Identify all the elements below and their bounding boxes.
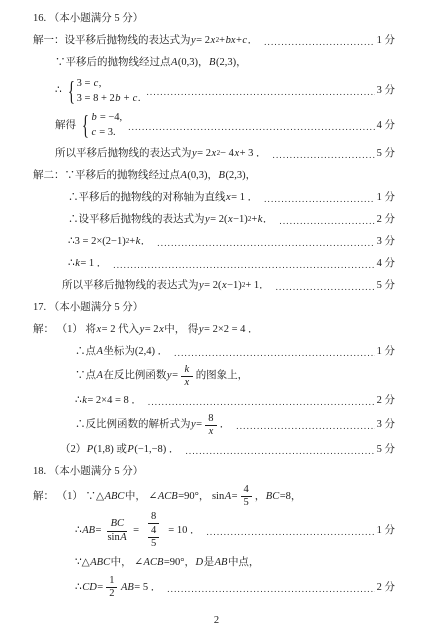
line-content: 18. （本小题满分 5 分） [33,465,143,479]
line-content: 解一：设平移后抛物线的表达式为 y = 2x2 + bx + c ． [33,34,258,48]
line-content: ∴AB = BCsin A = 845 = 10 ． [75,510,200,552]
math-variable: k [82,394,88,408]
math-variable: A [96,345,103,359]
superscript: 2 [216,37,220,44]
dotted-leader: ........................................… [167,584,374,596]
fraction-numerator: 8 [205,413,216,426]
line-content: ∴点 A 坐标为(2,4) ． [75,345,168,359]
superscript: 2 [248,216,252,223]
document-line: ∵△ABC 中， ∠ACB=90°， D 是 AB 中点， [0,552,395,574]
document-line: 解： （1） ∵△ABC 中， ∠ACB=90°， sin A = 45， BC… [0,483,395,510]
fraction-numerator: BC [107,518,127,531]
math-variable: x [159,323,165,337]
line-content: （2） P(1,8) 或 P(−1,−8) ． [60,443,179,457]
math-variable: k [75,257,81,271]
line-content: 16. （本小题满分 5 分） [33,12,143,26]
fraction-denominator: 2 [106,588,117,600]
fraction: 45 [148,525,159,550]
document-line: 解： （1） 将 x = 2 代入 y = 2x 中， 得 y = 2×2 = … [0,319,395,341]
math-variable: A [180,169,187,183]
line-content: ∵平移后的抛物线经过点 A(0,3)， B(2,3)， [55,56,247,70]
fraction: kx [181,364,193,389]
score-label: 4 分 [377,257,395,271]
line-content: ∴反比例函数的解析式为 y = 8x ． [75,412,230,439]
document-line: ∴点 A 坐标为(2,4) ．.........................… [0,341,395,363]
math-variable: c [93,78,99,89]
score-label: 2 分 [377,394,395,408]
line-content: ∴设平移后抛物线的表达式为 y = 2(x−1)2 + k ． [68,213,273,227]
math-variable: y [191,418,197,432]
document-line: ∴AB = BCsin A = 845 = 10 ．..............… [0,510,395,552]
dotted-leader: ........................................… [264,37,375,49]
score-label: 5 分 [377,147,395,161]
document-line: 所以平移后抛物线的表达式为 y = 2(x−1)2 + 1．..........… [0,275,395,297]
dotted-leader: ........................................… [279,216,374,228]
line-content: 解二：∵平移后的抛物线经过点 A(0,3)， B(2,3)， [33,169,256,183]
line-content: 所以平移后抛物线的表达式为 y = 2(x−1)2 + 1． [62,279,270,293]
page-number: 2 [0,615,433,626]
score-label: 3 分 [377,84,395,98]
dotted-leader: ........................................… [113,260,374,272]
dotted-leader: ........................................… [174,348,374,360]
score-label: 3 分 [377,418,395,432]
math-variable: x [184,377,190,389]
math-variable: A [120,532,127,544]
document-line: 解得{b = −4,c = 3.........................… [0,108,395,142]
dotted-leader: ........................................… [276,282,375,294]
math-variable: BC [265,490,279,504]
math-variable: A [224,490,231,504]
math-variable: ACB [157,490,178,504]
math-variable: D [195,556,204,570]
math-variable: y [205,213,211,227]
line-content: ∵△ABC 中， ∠ACB=90°， D 是 AB 中点， [75,556,259,570]
score-label: 4 分 [377,119,395,133]
score-label: 1 分 [377,191,395,205]
system-row: b = −4, [91,111,122,125]
document-line: ∵平移后的抛物线经过点 A(0,3)， B(2,3)， [0,52,395,74]
dotted-leader: ........................................… [157,238,374,250]
fraction-denominator: 5 [148,538,159,550]
fraction: 12 [106,575,117,600]
math-variable: k [184,364,190,376]
math-variable: c [91,127,97,138]
math-variable: x [96,323,102,337]
math-variable: P [127,443,134,457]
math-variable: y [198,323,204,337]
fraction-numerator: 4 [148,525,159,538]
math-variable: x [221,279,227,293]
score-label: 2 分 [377,213,395,227]
line-content: 解： （1） 将 x = 2 代入 y = 2x 中， 得 y = 2×2 = … [33,323,259,337]
dotted-leader: ........................................… [148,397,375,409]
fraction-numerator: 1 [106,575,117,588]
left-brace: { [82,112,89,139]
document-line: 18. （本小题满分 5 分） [0,461,395,483]
document-line: 解一：设平移后抛物线的表达式为 y = 2x2 + bx + c ．......… [0,30,395,52]
dotted-leader: ........................................… [273,150,375,162]
score-label: 1 分 [377,345,395,359]
math-variable: x [208,426,214,438]
score-label: 5 分 [377,443,395,457]
math-variable: b [91,112,97,123]
math-variable: k [257,213,263,227]
fraction: 8x [205,413,217,438]
document-line: ∴设平移后抛物线的表达式为 y = 2(x−1)2 + k ．.........… [0,209,395,231]
math-variable: AB [214,556,228,570]
math-variable: x [227,213,233,227]
math-variable: c [132,93,138,104]
document-line: ∵点 A 在反比例函数 y = kx 的图象上， [0,363,395,390]
dotted-leader: ........................................… [146,87,374,99]
superscript: 2 [242,282,246,289]
line-content: ∴平移后的抛物线的对称轴为直线 x = 1 ． [68,191,258,205]
system-rows: b = −4,c = 3. [91,111,122,139]
left-brace: { [68,78,75,105]
math-variable: A [171,56,178,70]
math-variable: B [218,169,225,183]
fraction: 45 [241,484,252,509]
line-content: 解得{b = −4,c = 3. [55,108,122,142]
system-row: 3 = c, [77,77,141,91]
math-variable: A [96,369,103,383]
fraction-numerator: 4 [241,484,252,497]
math-variable: B [209,56,216,70]
dotted-leader: ........................................… [264,194,375,206]
math-variable: bx [225,34,236,48]
math-variable: x [226,191,232,205]
fraction-numerator: k [181,364,193,377]
document-lines: 16. （本小题满分 5 分）解一：设平移后抛物线的表达式为 y = 2x2 +… [0,0,433,601]
superscript: 2 [126,238,130,245]
score-label: 2 分 [377,581,395,595]
document-line: ∴CD = 12AB = 5 ．........................… [0,574,395,601]
document-line: ∴平移后的抛物线的对称轴为直线 x = 1 ．.................… [0,187,395,209]
math-variable: x [234,147,240,161]
line-content: ∴k = 1 ． [68,257,107,271]
line-content: 解： （1） ∵△ABC 中， ∠ACB=90°， sin A = 45， BC… [33,483,301,510]
math-variable: b [115,93,121,104]
dotted-leader: ........................................… [206,527,374,539]
math-variable: y [192,147,198,161]
fraction: BCsin A [104,518,130,543]
math-variable: P [86,443,93,457]
math-variable: AB [82,524,96,538]
document-line: ∴k = 1 ．................................… [0,253,395,275]
document-line: 17. （本小题满分 5 分） [0,297,395,319]
document-line: 所以平移后抛物线的表达式为 y = 2x2 − 4x + 3 ．........… [0,143,395,165]
system-row: c = 3. [91,126,122,140]
document-line: 解二：∵平移后的抛物线经过点 A(0,3)， B(2,3)， [0,165,395,187]
line-content: 所以平移后抛物线的表达式为 y = 2x2 − 4x + 3 ． [55,147,267,161]
system-row: 3 = 8 + 2b + c. [77,92,141,106]
equation-system: {3 = c,3 = 8 + 2b + c. [65,77,141,105]
math-variable: ABC [90,556,111,570]
document-line: ∴k = 2×4 = 8 ．..........................… [0,390,395,412]
line-content: 17. （本小题满分 5 分） [33,301,143,315]
math-variable: BC [110,518,124,530]
equation-system: {b = −4,c = 3. [79,111,122,139]
line-content: ∴3 = 2×(2−1)2 + k ． [68,235,151,249]
superscript: 2 [217,150,221,157]
document-line: （2） P(1,8) 或 P(−1,−8) ．.................… [0,439,395,461]
line-content: ∴{3 = c,3 = 8 + 2b + c. [55,74,140,108]
math-variable: ABC [104,490,125,504]
fraction-denominator: 45 [142,524,165,551]
answer-sheet-page: 16. （本小题满分 5 分）解一：设平移后抛物线的表达式为 y = 2x2 +… [0,0,433,636]
fraction-denominator: sin A [104,532,130,544]
score-label: 1 分 [377,524,395,538]
fraction-denominator: 5 [241,497,252,509]
fraction-denominator: x [205,426,217,438]
dotted-leader: ........................................… [236,421,374,433]
score-label: 3 分 [377,235,395,249]
system-rows: 3 = c,3 = 8 + 2b + c. [77,77,141,105]
score-label: 5 分 [377,279,395,293]
fraction-numerator: 8 [148,511,159,524]
score-label: 1 分 [377,34,395,48]
line-content: ∴CD = 12AB = 5 ． [75,574,161,601]
math-variable: y [199,279,205,293]
dotted-leader: ........................................… [185,446,374,458]
math-variable: c [242,34,248,48]
math-variable: y [139,323,145,337]
math-variable: AB [120,581,134,595]
math-variable: ACB [143,556,164,570]
document-line: ∴3 = 2×(2−1)2 + k ．.....................… [0,231,395,253]
line-content: ∴k = 2×4 = 8 ． [75,394,142,408]
math-variable: CD [82,581,98,595]
line-content: ∵点 A 在反比例函数 y = kx 的图象上， [75,363,248,390]
dotted-leader: ........................................… [128,122,374,134]
math-variable: k [135,235,141,249]
document-line: ∴{3 = c,3 = 8 + 2b + c..................… [0,74,395,108]
fraction: 845 [142,511,165,551]
math-variable: y [191,34,197,48]
fraction-denominator: x [181,377,193,389]
math-variable: y [166,369,172,383]
document-line: ∴反比例函数的解析式为 y = 8x ．....................… [0,412,395,439]
document-line: 16. （本小题满分 5 分） [0,8,395,30]
